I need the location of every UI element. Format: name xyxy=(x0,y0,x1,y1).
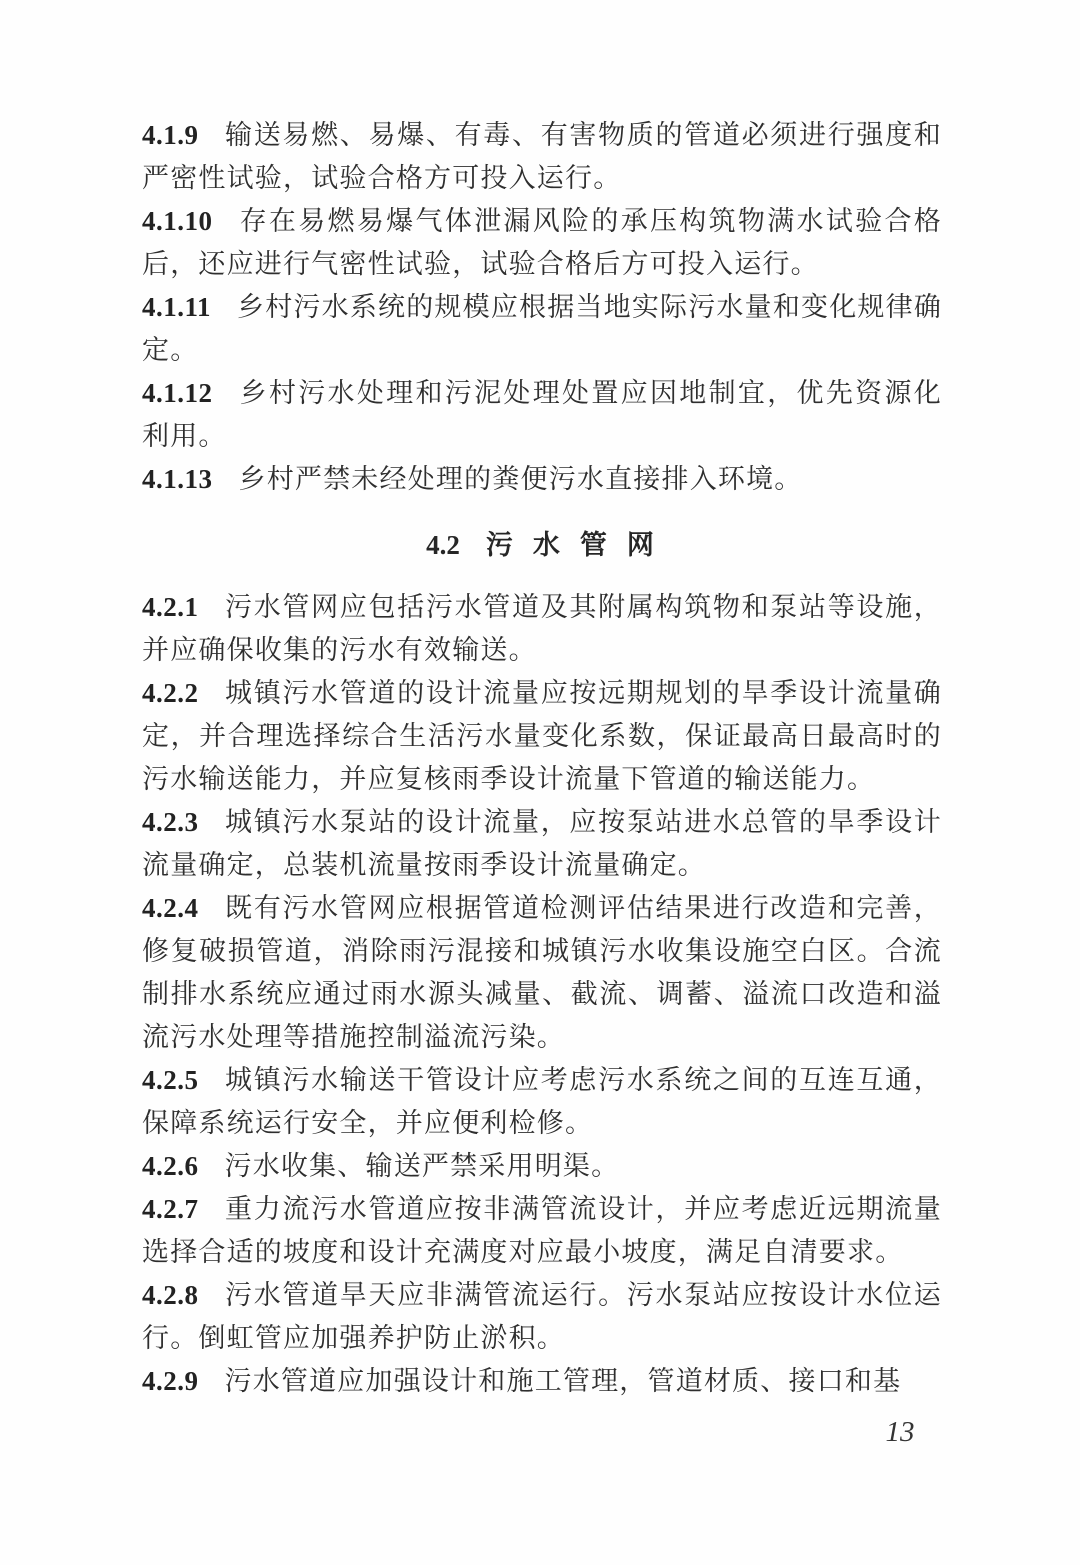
section-number: 4.2 xyxy=(426,530,460,560)
document-page: 4.1.9输送易燃、易爆、有毒、有害物质的管道必须进行强度和严密性试验，试验合格… xyxy=(0,0,1080,1565)
clause-text: 重力流污水管道应按非满管流设计，并应考虑近远期流量选择合适的坡度和设计充满度对应… xyxy=(142,1194,942,1268)
clause-text: 城镇污水管道的设计流量应按远期规划的旱季设计流量确定，并合理选择综合生活污水量变… xyxy=(142,678,942,795)
section-4-2-clauses: 4.2.1污水管网应包括污水管道及其附属构筑物和泵站等设施，并应确保收集的污水有… xyxy=(142,586,942,1403)
clause-number: 4.2.8 xyxy=(142,1280,199,1310)
clause-4-1-9: 4.1.9输送易燃、易爆、有毒、有害物质的管道必须进行强度和严密性试验，试验合格… xyxy=(142,114,942,200)
clause-text: 城镇污水输送干管设计应考虑污水系统之间的互连互通，保障系统运行安全，并应便利检修… xyxy=(142,1065,942,1139)
section-title: 污水管网 xyxy=(486,530,674,561)
clause-text: 乡村污水处理和污泥处理处置应因地制宜，优先资源化利用。 xyxy=(142,378,942,452)
clause-number: 4.2.7 xyxy=(142,1194,199,1224)
clause-text: 乡村严禁未经处理的粪便污水直接排入环境。 xyxy=(239,464,803,495)
clause-number: 4.2.1 xyxy=(142,592,199,622)
clause-4-1-11: 4.1.11乡村污水系统的规模应根据当地实际污水量和变化规律确定。 xyxy=(142,286,942,372)
clause-4-2-9: 4.2.9污水管道应加强设计和施工管理，管道材质、接口和基 xyxy=(142,1360,942,1403)
clause-4-2-4: 4.2.4既有污水管网应根据管道检测评估结果进行改造和完善，修复破损管道，消除雨… xyxy=(142,887,942,1059)
clause-4-2-7: 4.2.7重力流污水管道应按非满管流设计，并应考虑近远期流量选择合适的坡度和设计… xyxy=(142,1188,942,1274)
clause-number: 4.1.12 xyxy=(142,378,213,408)
clause-text: 输送易燃、易爆、有毒、有害物质的管道必须进行强度和严密性试验，试验合格方可投入运… xyxy=(142,120,942,194)
clause-text: 存在易燃易爆气体泄漏风险的承压构筑物满水试验合格后，还应进行气密性试验，试验合格… xyxy=(142,206,942,280)
clause-number: 4.2.6 xyxy=(142,1151,199,1181)
clause-number: 4.2.5 xyxy=(142,1065,199,1095)
clause-text: 乡村污水系统的规模应根据当地实际污水量和变化规律确定。 xyxy=(142,292,942,366)
clause-4-1-10: 4.1.10存在易燃易爆气体泄漏风险的承压构筑物满水试验合格后，还应进行气密性试… xyxy=(142,200,942,286)
section-heading-4-2: 4.2污水管网 xyxy=(0,525,1080,566)
clause-4-1-13: 4.1.13乡村严禁未经处理的粪便污水直接排入环境。 xyxy=(142,458,942,501)
clause-text: 既有污水管网应根据管道检测评估结果进行改造和完善，修复破损管道，消除雨污混接和城… xyxy=(142,893,942,1053)
clause-text: 污水管道旱天应非满管流运行。污水泵站应按设计水位运行。倒虹管应加强养护防止淤积。 xyxy=(142,1280,942,1354)
clause-number: 4.1.13 xyxy=(142,464,213,494)
page-number: 13 xyxy=(870,1414,930,1450)
clause-4-2-5: 4.2.5城镇污水输送干管设计应考虑污水系统之间的互连互通，保障系统运行安全，并… xyxy=(142,1059,942,1145)
clause-4-2-1: 4.2.1污水管网应包括污水管道及其附属构筑物和泵站等设施，并应确保收集的污水有… xyxy=(142,586,942,672)
clause-number: 4.1.10 xyxy=(142,206,213,236)
clause-number: 4.2.2 xyxy=(142,678,199,708)
clause-number: 4.2.4 xyxy=(142,893,199,923)
clause-text: 污水管网应包括污水管道及其附属构筑物和泵站等设施，并应确保收集的污水有效输送。 xyxy=(142,592,942,666)
clause-number: 4.2.9 xyxy=(142,1366,199,1396)
section-4-1-clauses: 4.1.9输送易燃、易爆、有毒、有害物质的管道必须进行强度和严密性试验，试验合格… xyxy=(142,114,942,501)
clause-4-2-2: 4.2.2城镇污水管道的设计流量应按远期规划的旱季设计流量确定，并合理选择综合生… xyxy=(142,672,942,801)
clause-number: 4.2.3 xyxy=(142,807,199,837)
clause-text: 污水管道应加强设计和施工管理，管道材质、接口和基 xyxy=(225,1366,902,1397)
clause-4-2-3: 4.2.3城镇污水泵站的设计流量，应按泵站进水总管的旱季设计流量确定，总装机流量… xyxy=(142,801,942,887)
clause-text: 城镇污水泵站的设计流量，应按泵站进水总管的旱季设计流量确定，总装机流量按雨季设计… xyxy=(142,807,942,881)
clause-number: 4.1.11 xyxy=(142,292,211,322)
clause-4-1-12: 4.1.12乡村污水处理和污泥处理处置应因地制宜，优先资源化利用。 xyxy=(142,372,942,458)
clause-number: 4.1.9 xyxy=(142,120,199,150)
clause-4-2-6: 4.2.6污水收集、输送严禁采用明渠。 xyxy=(142,1145,942,1188)
clause-text: 污水收集、输送严禁采用明渠。 xyxy=(225,1151,620,1182)
clause-4-2-8: 4.2.8污水管道旱天应非满管流运行。污水泵站应按设计水位运行。倒虹管应加强养护… xyxy=(142,1274,942,1360)
